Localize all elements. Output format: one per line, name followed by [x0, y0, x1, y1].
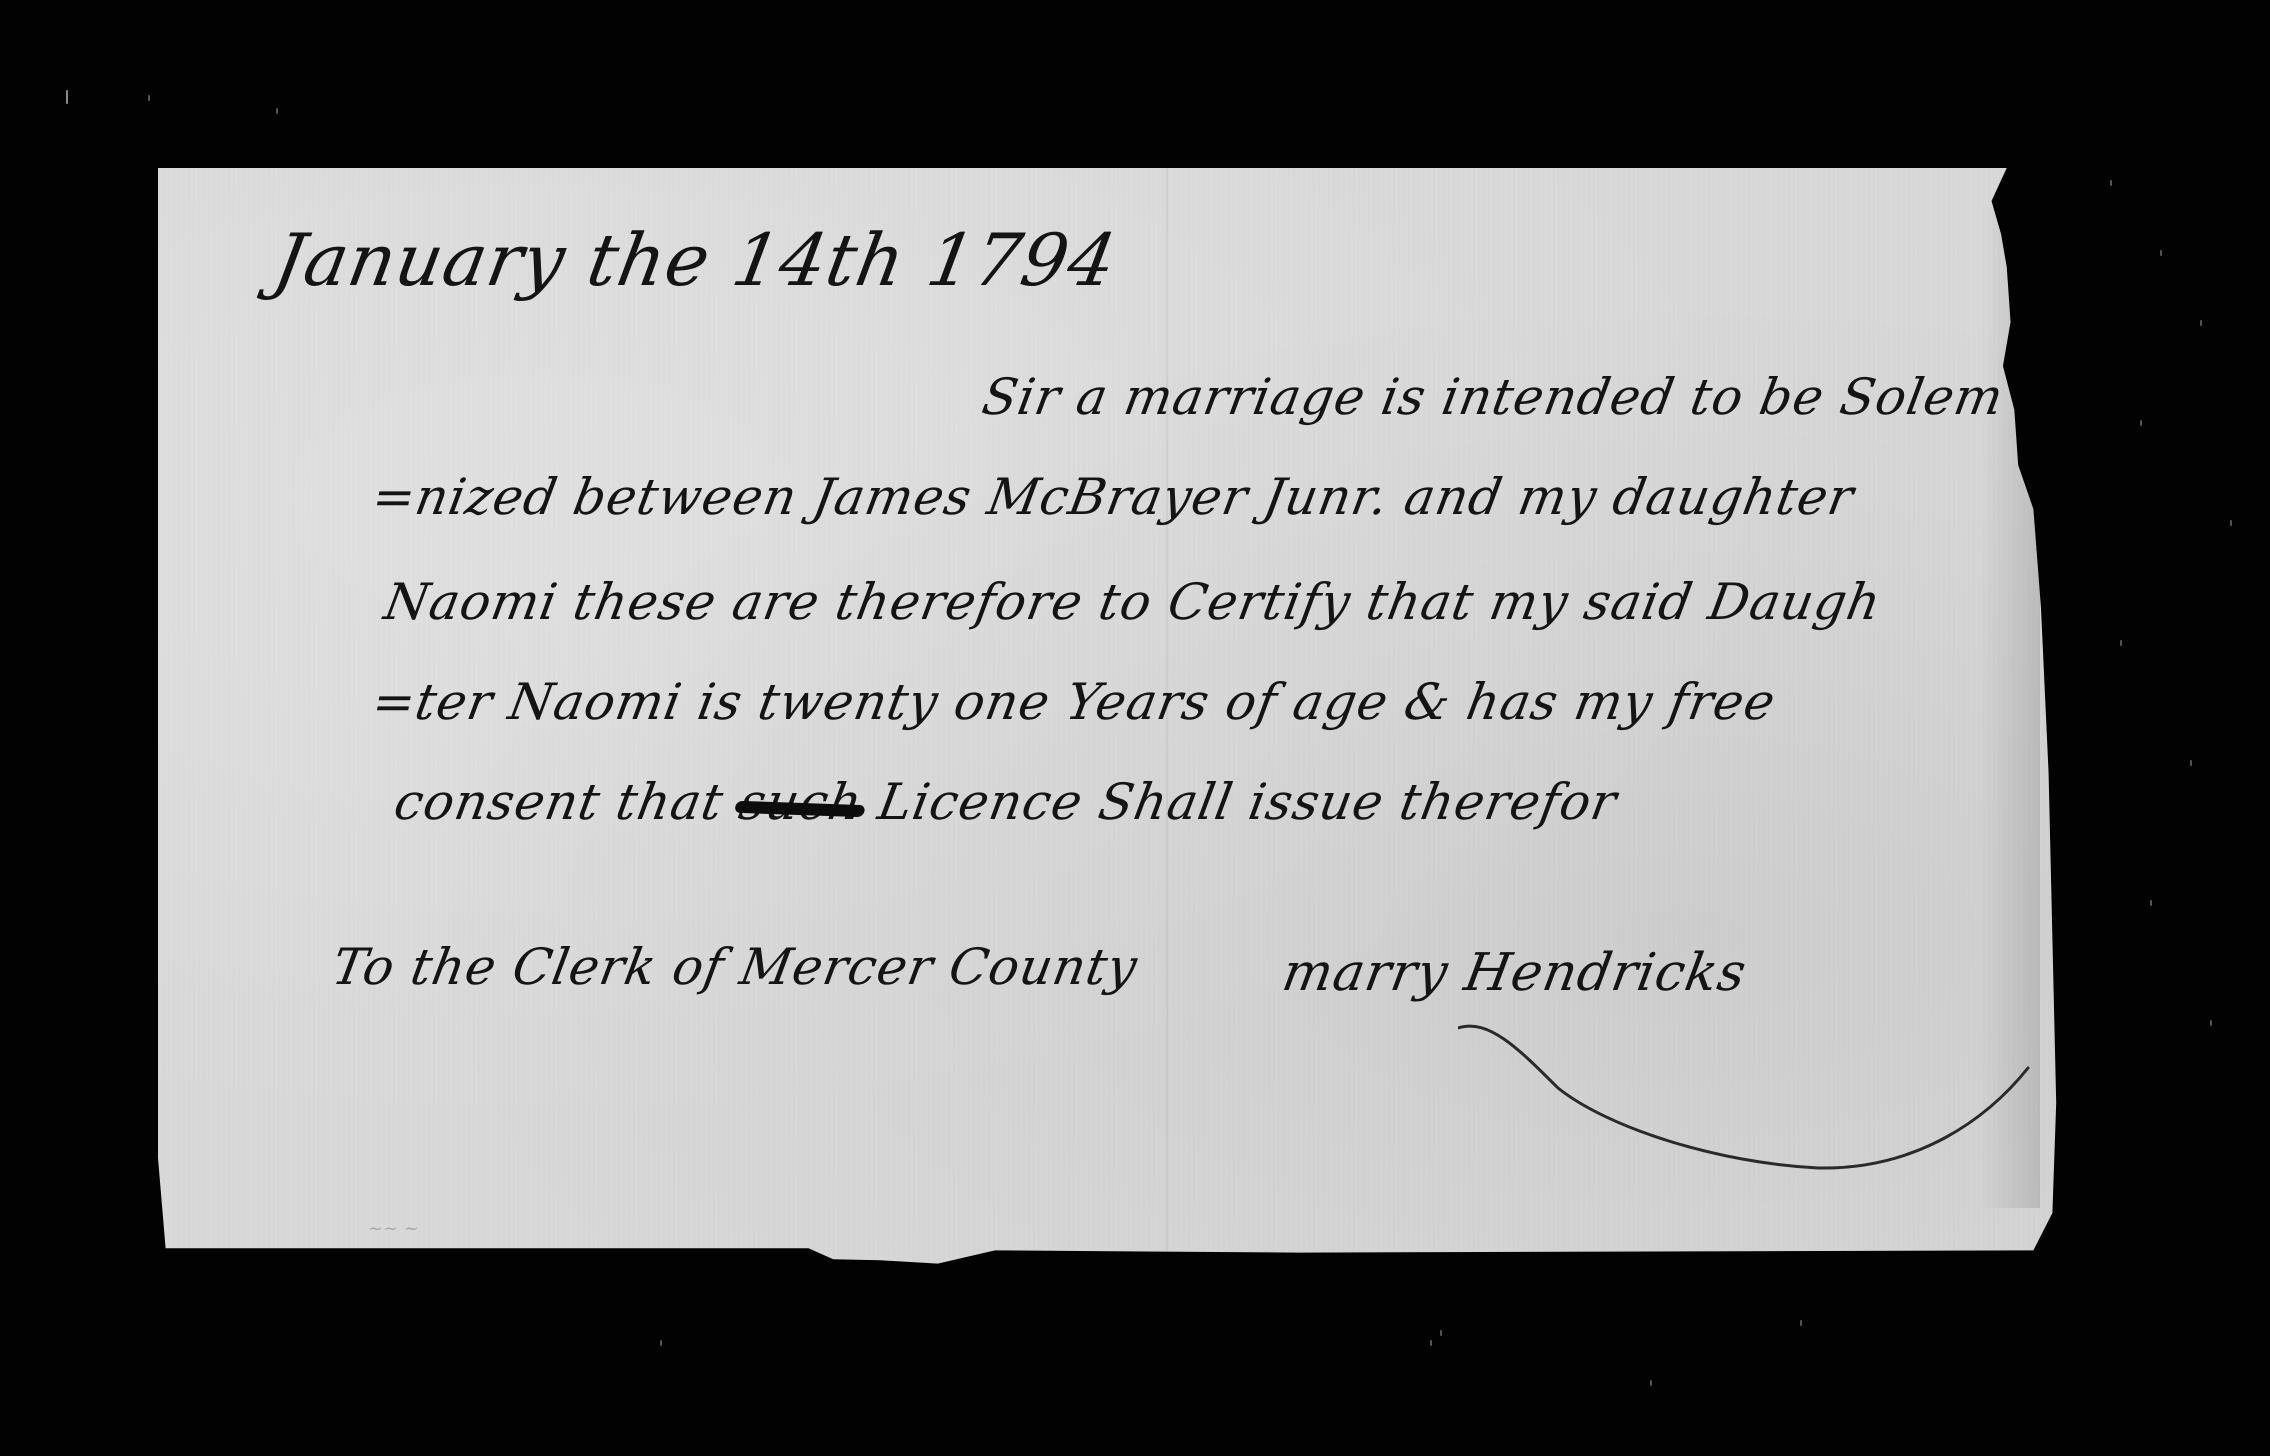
- scan-artifact: [1650, 1380, 1652, 1386]
- scan-artifact: [1800, 1320, 1802, 1326]
- line-5-text-before: consent that: [390, 773, 745, 831]
- line-5-text-after: Licence Shall issue therefor: [857, 773, 1622, 831]
- scan-artifact: [660, 1340, 662, 1346]
- scan-artifact: [2230, 520, 2232, 526]
- scan-artifact: [148, 95, 150, 101]
- scan-artifact: [2140, 420, 2142, 426]
- scan-artifact: [276, 108, 278, 114]
- scan-artifact: [2200, 320, 2202, 326]
- scan-artifact: [66, 90, 68, 104]
- scan-artifact: [2150, 900, 2152, 906]
- document-paper: January the 14th 1794 Sir a marriage is …: [158, 168, 2060, 1268]
- signature-flourish-icon: [1458, 988, 2038, 1188]
- letter-date: January the 14th 1794: [268, 218, 1123, 302]
- letter-body-line-1: Sir a marriage is intended to be Solem: [978, 368, 2008, 426]
- scan-artifact: [2210, 1020, 2212, 1026]
- scan-artifact: [1440, 1330, 1442, 1336]
- faint-bleed-through-marks: ~~ ~: [368, 1218, 419, 1239]
- letter-body-line-4: =ter Naomi is twenty one Years of age & …: [368, 673, 1780, 731]
- letter-body-line-5: consent that such Licence Shall issue th…: [390, 773, 1622, 831]
- letter-addressee: To the Clerk of Mercer County: [328, 938, 1142, 996]
- scan-artifact: [2160, 250, 2162, 256]
- scan-artifact: [2110, 180, 2112, 186]
- struck-through-word: such: [735, 773, 867, 831]
- letter-body-line-3: Naomi these are therefore to Certify tha…: [380, 573, 1886, 631]
- scan-artifact: [2120, 640, 2122, 646]
- scan-artifact: [2190, 760, 2192, 766]
- scan-artifact: [1430, 1340, 1432, 1346]
- letter-body-line-2: =nized between James McBrayer Junr. and …: [368, 468, 1859, 526]
